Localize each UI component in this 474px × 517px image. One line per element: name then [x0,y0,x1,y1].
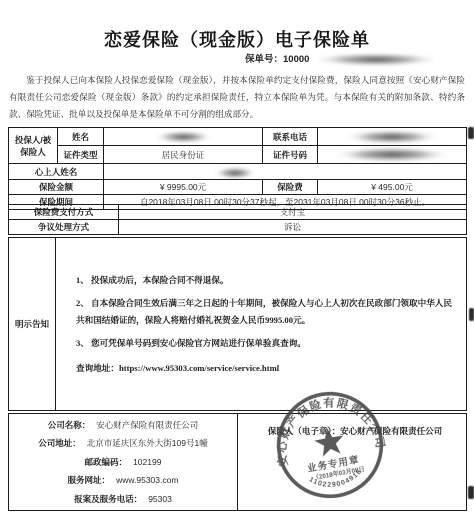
company-info-block: 公司名称：安心财产保险有限责任公司 公司地址：北京市延庆区东外大街109号1幢 … [9,414,238,511]
policy-number-label: 保单号： [245,54,283,65]
id-number-redaction [336,147,448,162]
table-row: 保险金额 ¥ 9995.00元 保险费 ¥ 495.00元 [9,180,467,195]
table-row: 明示告知 1、 投保成功后，本保险合同不得退保。 2、 自本保险合同生效后满三年… [9,238,467,411]
service-website-value: www.95303.com [116,475,178,485]
policy-number-line: 保单号：10000 [245,51,437,66]
footer-table: 公司名称：安心财产保险有限责任公司 公司地址：北京市延庆区东外大街109号1幢 … [8,413,467,511]
postal-code-label: 邮政编码： [85,457,128,467]
preamble-paragraph: 鉴于投保人已向本保险人投保恋爱保险（现金版），并按本保险单约定支付保险费，保险人… [9,72,465,123]
postal-code-line: 邮政编码：102199 [11,453,235,472]
scan-artifact [468,486,474,499]
notice-item-3: 3、 您可凭保单号码到安心保险官方网站进行保单验真查询。 [76,335,456,352]
dispute-method-label: 争议处理方式 [9,220,119,235]
table-row: 心上人姓名 [9,164,467,180]
payment-method-value: 支付宝 [119,205,467,220]
company-name-label: 公司名称： [48,420,91,430]
company-address-line: 公司地址：北京市延庆区东外大街109号1幢 [11,434,235,453]
insurance-policy-document: 恋爱保险（现金版）电子保险单 保单号：10000 鉴于投保人已向本保险人投保恋爱… [0,0,474,517]
postal-code-value: 102199 [133,457,161,467]
table-row: 证件类型 居民身份证 证件号码 [9,146,467,164]
policy-info-table: 投保人/被保险人 姓名 联系电话 证件类型 居民身份证 证件号码 心上人姓名 保… [8,127,467,210]
policy-number-redaction [315,53,437,66]
notice-item-1: 1、 投保成功后，本保险合同不得退保。 [76,272,456,289]
service-phone-label: 报案及服务电话： [74,494,142,504]
id-type-value: 居民身份证 [104,146,263,164]
payment-method-label: 保险费支付方式 [9,205,119,220]
policy-number-value: 10000 [283,54,309,65]
phone-label: 联系电话 [263,128,318,146]
notice-body: 1、 投保成功后，本保险合同不得退保。 2、 自本保险合同生效后满三年之日起的十… [56,238,467,411]
insured-amount-label: 保险金额 [9,180,104,195]
table-row: 公司名称：安心财产保险有限责任公司 公司地址：北京市延庆区东外大街109号1幢 … [9,414,467,511]
service-website-line: 服务网址：www.95303.com [11,471,235,490]
name-label: 姓名 [58,128,104,146]
notice-item-2: 2、 自本保险合同生效后满三年之日起的十年期间，被保险人与心上人初次在民政部门领… [76,295,456,329]
premium-label: 保险费 [263,180,318,195]
payment-dispute-table: 保险费支付方式 支付宝 争议处理方式 诉讼 [8,204,467,235]
applicant-label: 投保人/被保险人 [9,128,58,164]
id-number-label: 证件号码 [263,146,318,164]
phone-value-cell [318,128,467,146]
document-title: 恋爱保险（现金版）电子保险单 [0,26,474,52]
table-row: 保险费支付方式 支付宝 [9,205,467,220]
company-name-value: 安心财产保险有限责任公司 [96,420,198,430]
id-type-label: 证件类型 [58,146,104,164]
scan-artifact [468,127,474,139]
service-phone-line: 报案及服务电话：95303 [11,490,235,509]
scan-artifact [469,308,474,321]
name-value-cell [104,128,263,146]
notice-label: 明示告知 [9,238,56,411]
company-name-line: 公司名称：安心财产保险有限责任公司 [11,416,235,435]
insurer-signature-cell: 保险人（电子章）：安心财产保险有限责任公司 [238,414,467,511]
sweetheart-name-label: 心上人姓名 [9,164,104,180]
table-row: 投保人/被保险人 姓名 联系电话 [9,128,467,146]
company-address-value: 北京市延庆区东外大街109号1幢 [87,438,208,448]
dispute-method-value: 诉讼 [119,220,467,235]
insurer-e-signature-line: 保险人（电子章）：安心财产保险有限责任公司 [246,425,464,437]
name-redaction [156,131,211,143]
sweetheart-name-redaction [215,167,255,179]
sweetheart-name-value-cell [104,164,467,180]
company-address-label: 公司地址： [38,438,81,448]
service-website-label: 服务网址： [68,475,111,485]
service-phone-value: 95303 [148,494,172,504]
notice-table: 明示告知 1、 投保成功后，本保险合同不得退保。 2、 自本保险合同生效后满三年… [8,237,467,411]
verify-url-line: 查询地址：https://www.95303.com/service/servi… [76,360,456,377]
insured-amount-value: ¥ 9995.00元 [104,180,263,195]
table-row: 争议处理方式 诉讼 [9,220,467,235]
phone-redaction [347,130,437,144]
premium-value: ¥ 495.00元 [318,180,467,195]
id-number-value-cell [318,146,467,164]
